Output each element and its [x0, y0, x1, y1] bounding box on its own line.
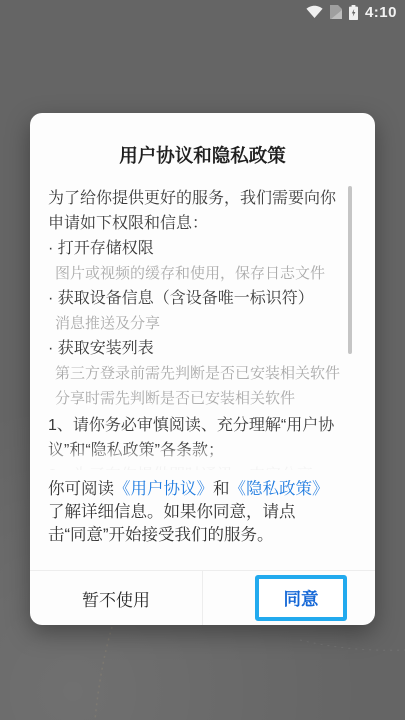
permission-desc: 消息推送及分享	[48, 311, 348, 336]
dialog-title: 用户协议和隐私政策	[30, 113, 375, 186]
privacy-dialog: 用户协议和隐私政策 为了给你提供更好的服务，我们需要向你申请如下权限和信息： ·…	[30, 113, 375, 625]
permission-name: · 获取设备信息（含设备唯一标识符）	[48, 286, 348, 311]
scrollbar-thumb[interactable]	[348, 186, 352, 354]
permission-name: · 打开存储权限	[48, 236, 348, 261]
agree-focus-highlight[interactable]: 同意	[255, 575, 347, 621]
agree-button-label: 同意	[284, 586, 319, 611]
permission-desc: 分享时需先判断是否已安装相关软件	[48, 386, 348, 411]
clause-text: 1、请你务必审慎阅读、充分理解“用户协议”和“隐私政策”各条款；	[48, 413, 348, 463]
status-time: 4:10	[365, 4, 397, 21]
battery-charging-icon	[349, 5, 358, 20]
footer-text: 了解详细信息。如果你同意，请点击“同意”开始接受我们的服务。	[48, 501, 314, 547]
permission-desc: 第三方登录前需先判断是否已安装相关软件	[48, 361, 348, 386]
intro-text: 为了给你提供更好的服务，我们需要向你申请如下权限和信息：	[48, 186, 348, 236]
clause-text-clipped: 2、为了向你提供即时通讯、内容分享	[48, 463, 348, 470]
footer-text: 和	[213, 480, 230, 498]
footer-text: 你可阅读	[48, 480, 114, 498]
status-bar: 4:10	[0, 0, 405, 24]
footer-line-links: 你可阅读《用户协议》和《隐私政策》	[48, 478, 355, 501]
footer-note: 你可阅读《用户协议》和《隐私政策》 了解详细信息。如果你同意，请点击“同意”开始…	[48, 478, 355, 547]
no-sim-icon	[328, 5, 344, 19]
agree-button[interactable]: 同意	[203, 571, 375, 625]
decline-button-label: 暂不使用	[82, 586, 150, 611]
dialog-button-row: 暂不使用 同意	[30, 570, 375, 625]
android-screen: 4:10 用户协议和隐私政策 为了给你提供更好的服务，我们需要向你申请如下权限和…	[0, 0, 405, 720]
permission-name: · 获取安装列表	[48, 336, 348, 361]
wifi-icon	[306, 5, 323, 19]
permission-desc: 图片或视频的缓存和使用，保存日志文件	[48, 261, 348, 286]
user-agreement-link[interactable]: 《用户协议》	[114, 480, 213, 498]
decline-button[interactable]: 暂不使用	[30, 571, 202, 625]
permissions-scroll-area[interactable]: 为了给你提供更好的服务，我们需要向你申请如下权限和信息： · 打开存储权限 图片…	[48, 186, 352, 470]
privacy-policy-link[interactable]: 《隐私政策》	[230, 480, 329, 498]
